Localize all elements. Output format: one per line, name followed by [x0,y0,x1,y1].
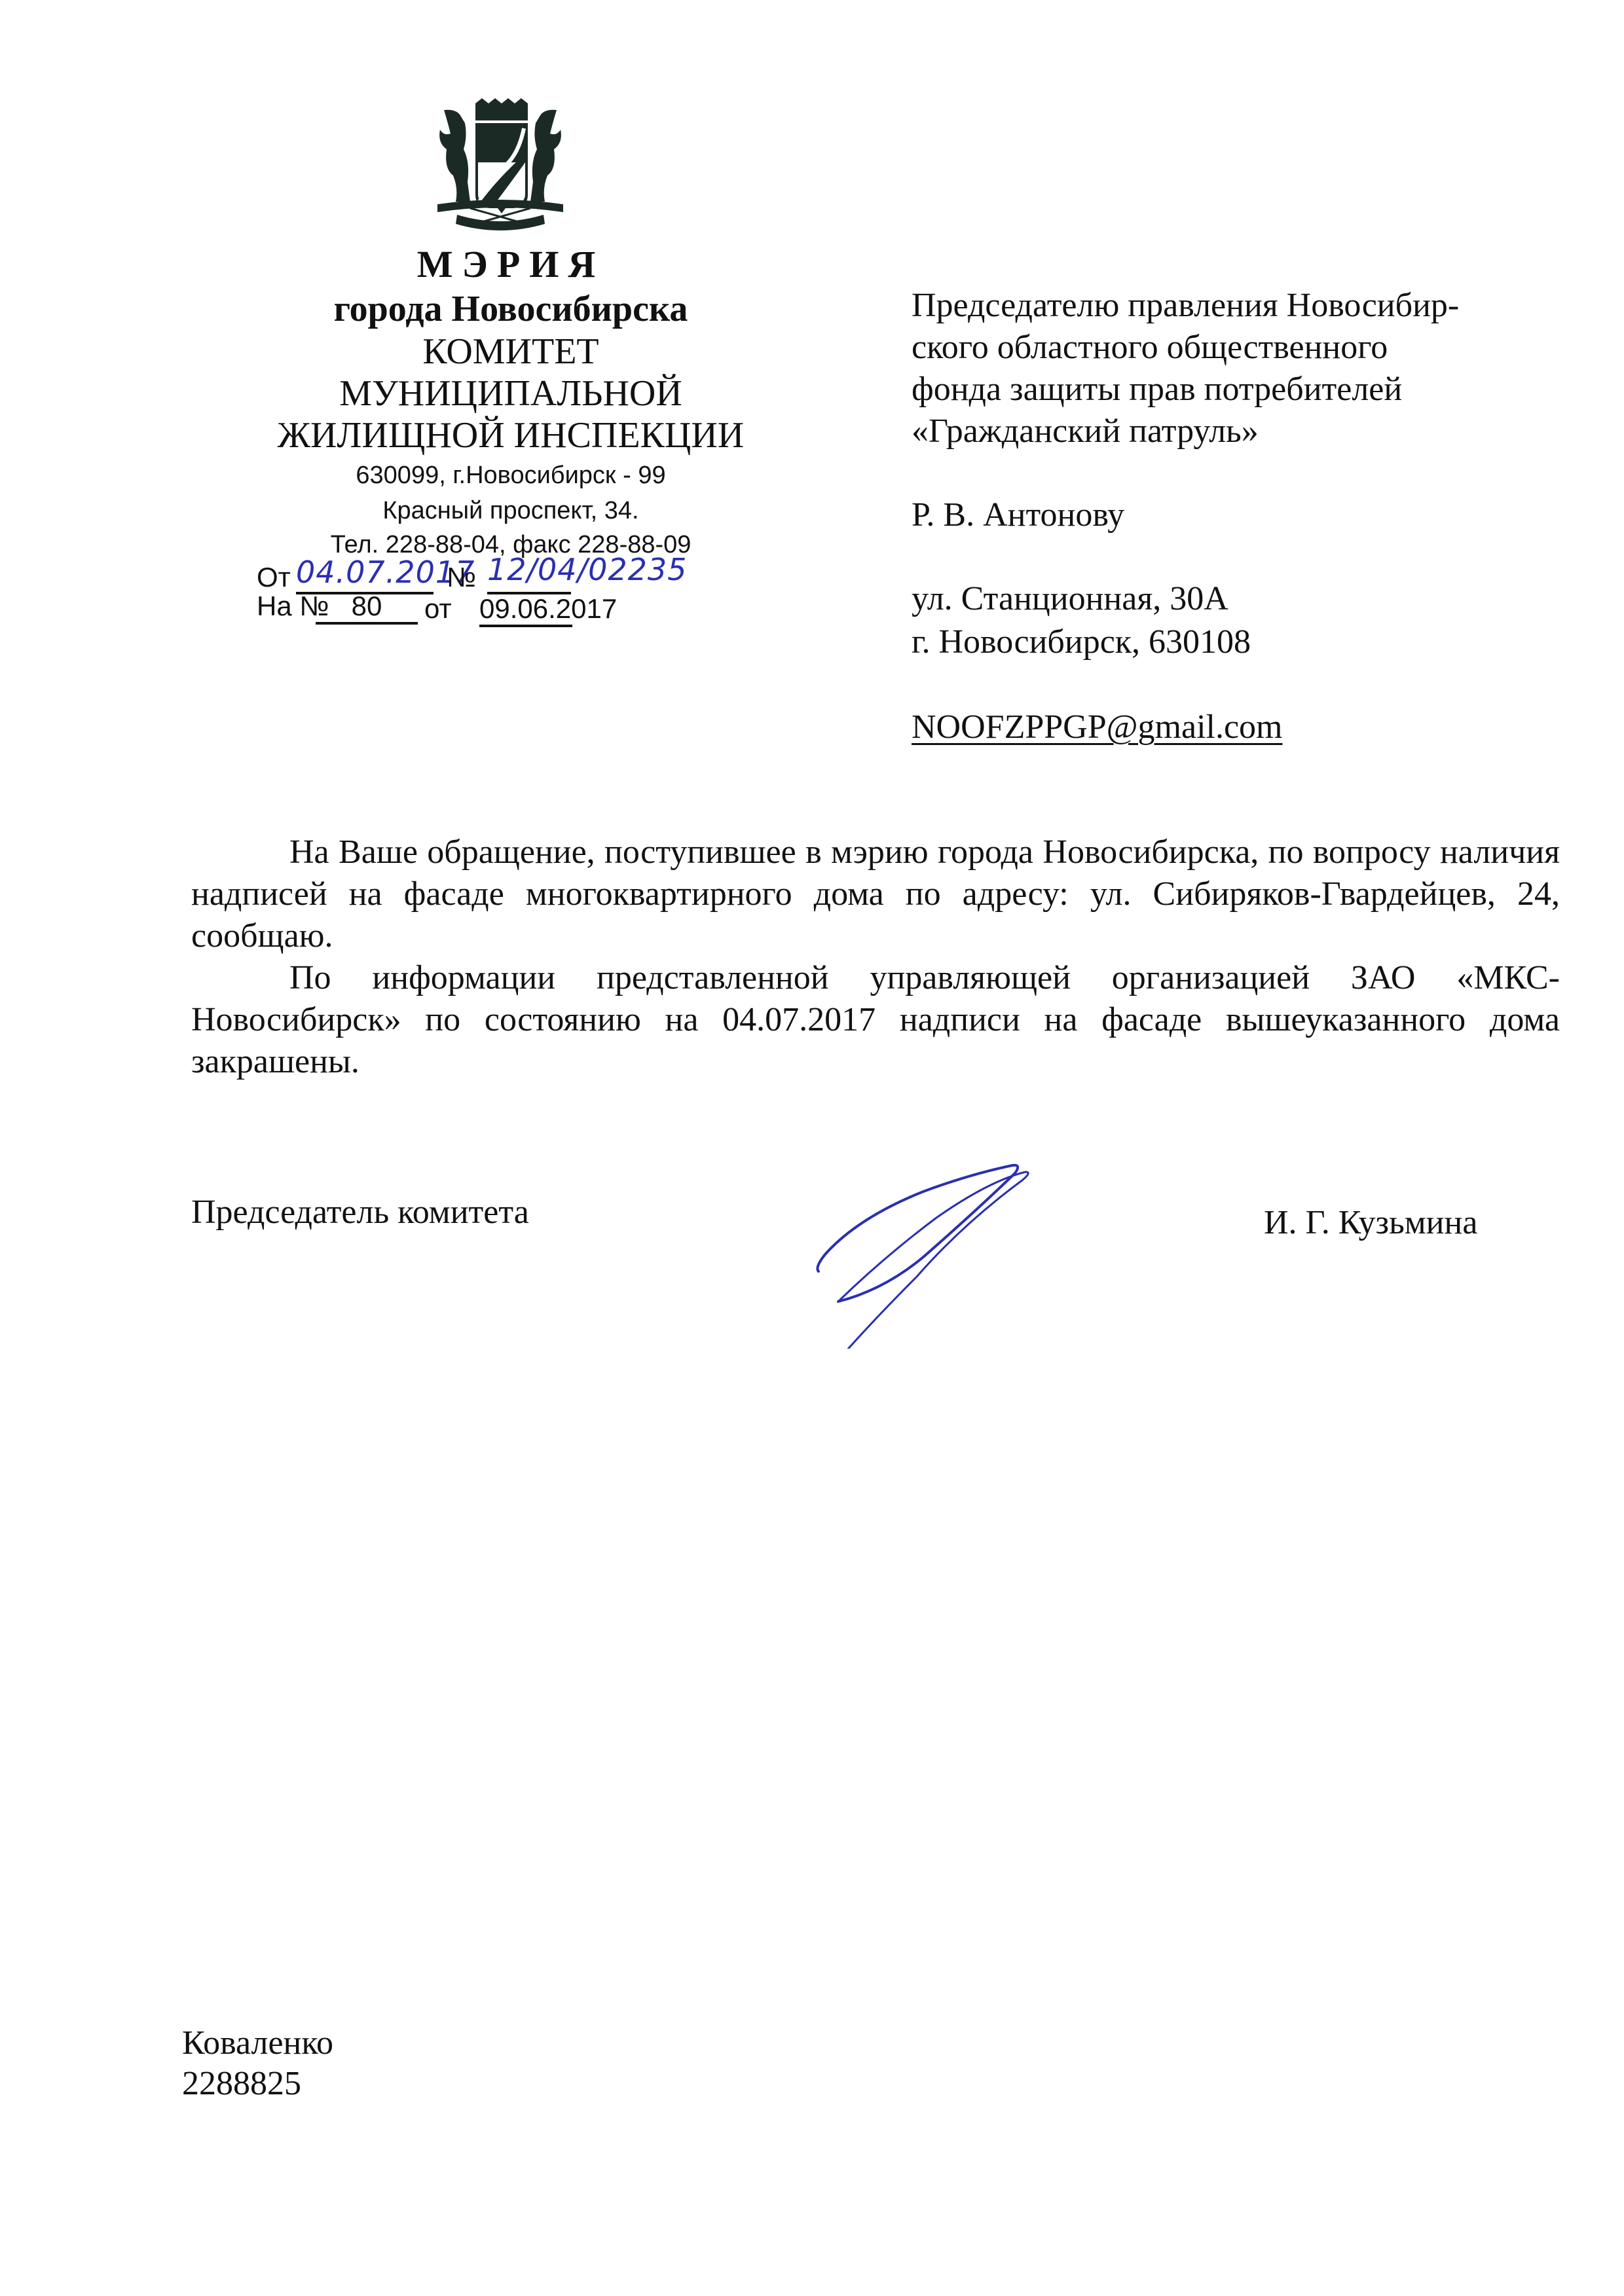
reply-to-number-value: 80 [316,591,418,625]
letterhead-address-line: 630099, г.Новосибирск - 99 [249,461,773,490]
executor-name: Коваленко [182,2023,333,2064]
number-label: № [447,562,476,593]
recipient-name: Р. В. Антонову [912,495,1124,536]
recipient-city: г. Новосибирск, 630108 [912,622,1251,663]
signatory-position: Председатель комитета [191,1193,529,1231]
body-paragraph: По информации представленной управляющей… [191,957,1560,1083]
recipient-title-line: Председателю правления Новосибир- [912,285,1459,326]
reply-to-date-label: от [424,593,452,625]
body-paragraph: На Ваше обращение, поступившее в мэрию г… [191,831,1560,957]
letterhead-title: МЭРИЯ [249,244,773,285]
from-date-value: 04.07.2017 [296,556,434,594]
letterhead-address-line: Красный проспект, 34. [249,496,773,525]
outgoing-number-value: 12/04/02235 [487,554,571,594]
recipient-title-line: фонда защиты прав потребителей [912,369,1402,410]
recipient-title-line: ского областного общественного [912,327,1388,368]
coat-of-arms-icon [424,97,576,240]
letterhead-org-line: КОМИТЕТ [249,331,773,372]
letterhead-org-line: МУНИЦИПАЛЬНОЙ [249,373,773,414]
executor-phone: 2288825 [182,2064,301,2104]
registration-reply-row: На № 80 от 09.06.2017 [257,591,846,623]
from-date-label: От [257,562,291,593]
registration-outgoing-row: От 04.07.2017 № 12/04/02235 [257,562,846,594]
recipient-email-link[interactable]: NOOFZPPGP@gmail.com [912,707,1283,748]
signatory-name: И. Г. Кузьмина [1264,1203,1477,1242]
reply-to-date-value: 09.06.2017 [479,593,572,627]
letter-body: На Ваше обращение, поступившее в мэрию г… [191,831,1560,1083]
letterhead-city: города Новосибирска [249,288,773,330]
letterhead-org-line: ЖИЛИЩНОЙ ИНСПЕКЦИИ [249,415,773,456]
handwritten-signature-icon [805,1139,1080,1349]
recipient-street: ул. Станционная, 30А [912,579,1228,619]
recipient-title-line: «Гражданский патруль» [912,411,1259,452]
